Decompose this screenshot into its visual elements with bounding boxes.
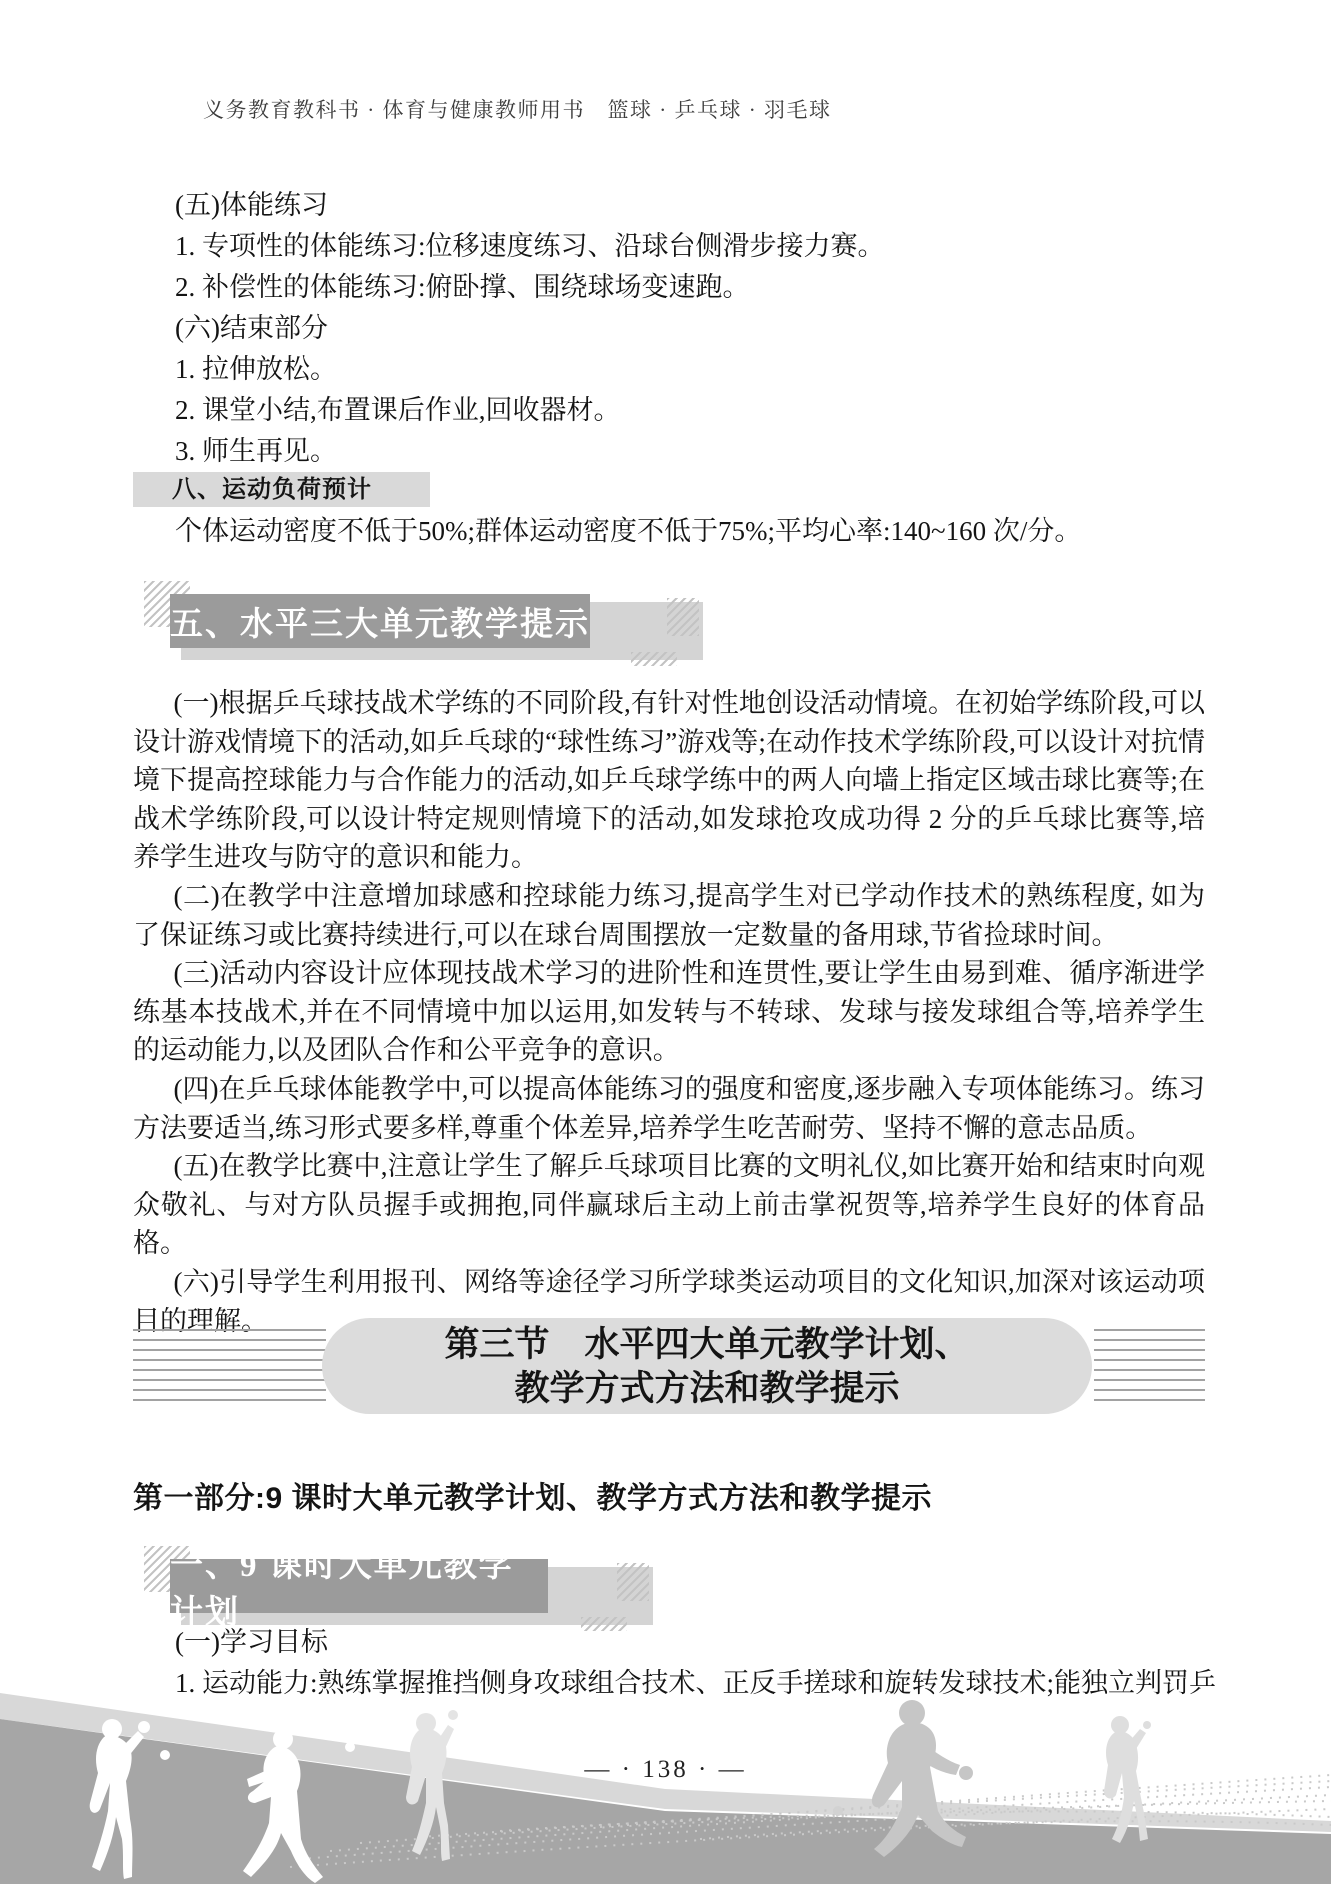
section-banner-unit-plan: 一、9 课时大单元教学计划 [133, 1543, 1205, 1633]
ruled-lines-decoration [133, 1329, 326, 1405]
lesson-outline: (五)体能练习 1. 专项性的体能练习:位移速度练习、沿球台侧滑步接力赛。 2.… [133, 185, 1205, 472]
chapter-section-title: 第三节 水平四大单元教学计划、 教学方式方法和教学提示 [133, 1318, 1205, 1414]
footer-decoration [0, 1689, 1331, 1884]
section-title-line1: 第三节 水平四大单元教学计划、 [322, 1323, 1092, 1367]
ball-icon [345, 1742, 355, 1752]
section-title-line2: 教学方式方法和教学提示 [322, 1367, 1092, 1411]
goals-subheading: (一)学习目标 [133, 1622, 1205, 1663]
part-heading: 第一部分:9 课时大单元教学计划、教学方式方法和教学提示 [133, 1473, 1205, 1517]
hatch-decoration-icon [631, 652, 677, 666]
tips-paragraph: (四)在乒乓球体能教学中,可以提高体能练习的强度和密度,逐步融入专项体能练习。练… [133, 1070, 1205, 1147]
ruled-lines-decoration [1094, 1329, 1205, 1405]
tips-paragraph: (三)活动内容设计应体现技战术学习的进阶性和连贯性,要让学生由易到难、循序渐进学… [133, 954, 1205, 1070]
hatch-decoration-icon [667, 598, 699, 636]
load-body: 个体运动密度不低于50%;群体运动密度不低于75%;平均心率:140~160 次… [133, 511, 1205, 552]
banner-title: 五、水平三大单元教学提示 [170, 594, 590, 648]
hatch-decoration-icon [617, 1563, 649, 1601]
outline-line: (五)体能练习 [133, 185, 1205, 226]
section-banner-tips: 五、水平三大单元教学提示 [133, 578, 1205, 668]
textbook-page: 义务教育教科书 · 体育与健康教师用书 篮球 · 乒乓球 · 羽毛球 (五)体能… [0, 0, 1331, 1884]
ball-icon [833, 1806, 843, 1816]
page-number: — · 138 · — [0, 1756, 1331, 1784]
tips-paragraphs: (一)根据乒乓球技战术学练的不同阶段,有针对性地创设活动情境。在初始学练阶段,可… [133, 684, 1205, 1340]
section-title-box: 第三节 水平四大单元教学计划、 教学方式方法和教学提示 [322, 1318, 1092, 1414]
running-head: 义务教育教科书 · 体育与健康教师用书 篮球 · 乒乓球 · 羽毛球 [203, 94, 831, 124]
tips-paragraph: (五)在教学比赛中,注意让学生了解乒乓球项目比赛的文明礼仪,如比赛开始和结束时向… [133, 1147, 1205, 1263]
outline-line: 1. 专项性的体能练习:位移速度练习、沿球台侧滑步接力赛。 [133, 226, 1205, 267]
banner-title: 一、9 课时大单元教学计划 [170, 1559, 548, 1613]
outline-line: 1. 拉伸放松。 [133, 349, 1205, 390]
tips-paragraph: (一)根据乒乓球技战术学练的不同阶段,有针对性地创设活动情境。在初始学练阶段,可… [133, 684, 1205, 877]
load-body-line: 个体运动密度不低于50%;群体运动密度不低于75%;平均心率:140~160 次… [133, 511, 1205, 552]
outline-line: 2. 课堂小结,布置课后作业,回收器材。 [133, 390, 1205, 431]
outline-line: 3. 师生再见。 [133, 431, 1205, 472]
load-heading-bar: 八、运动负荷预计 [133, 472, 430, 507]
outline-line: (六)结束部分 [133, 308, 1205, 349]
tips-paragraph: (二)在教学中注意增加球感和控球能力练习,提高学生对已学动作技术的熟练程度, 如… [133, 877, 1205, 954]
outline-line: 2. 补偿性的体能练习:俯卧撑、围绕球场变速跑。 [133, 267, 1205, 308]
